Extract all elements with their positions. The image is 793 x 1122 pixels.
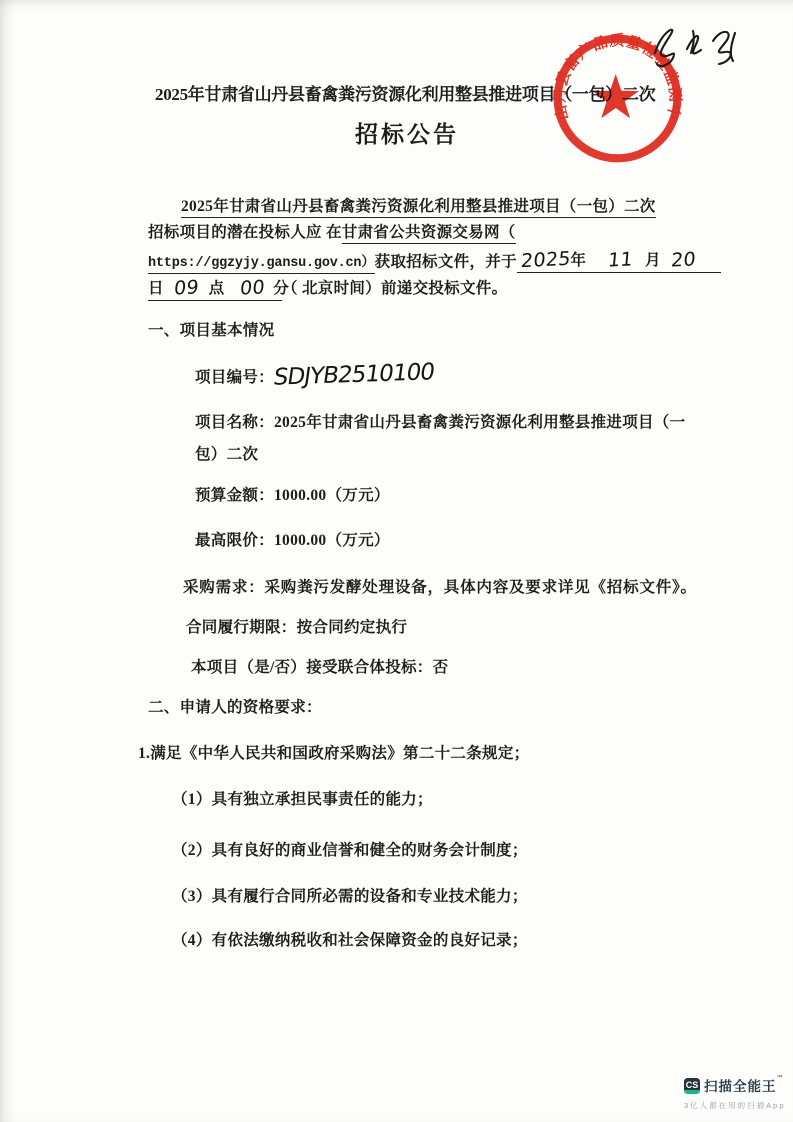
year-label: 年 [570,251,586,270]
qualification-item-4: （4）有依法缴纳税收和社会保障资金的良好记录； [172,931,528,950]
intro-project-name-underlined: 2025年甘肃省山丹县畜禽粪污资源化利用整县推进项目（一包）二次 [181,198,656,218]
handwritten-hour: 09 [173,279,200,299]
section2-heading: 二、申请人的资格要求： [148,698,322,717]
section1-heading: 一、项目基本情况 [148,321,274,340]
qualification-item-2: （2）具有良好的商业信誉和健全的财务会计制度； [172,841,528,860]
month-label: 月 [645,251,661,270]
qualification-rule: 1.满足《中华人民共和国政府采购法》第二十二条规定； [138,744,529,763]
handwritten-day: 20 [670,251,697,271]
contract-term: 合同履行期限：按合同约定执行 [186,618,407,637]
hour-label: 点 [209,279,225,298]
intro-trade-site-underlined: 甘肃省公共资源交易网（ [342,224,516,244]
intro-line-2: 招标项目的潜在投标人应 在甘肃省公共资源交易网（ [148,223,516,242]
max-price: 最高限价：1000.00（万元） [195,531,390,550]
camscanner-watermark: CS 扫描全能王™ 3亿人都在用的扫描App [684,1075,784,1111]
procurement-requirement: 采购需求：采购粪污发酵处理设备，具体内容及要求详见《招标文件》。 [183,578,697,597]
budget-amount: 预算金额：1000.00（万元） [195,486,390,505]
project-name-line1: 项目名称：2025年甘肃省山丹县畜禽粪污资源化利用整县推进项目（一 [195,413,685,432]
intro-line-4: 日09点00分（ 北京时间）前递交投标文件。 [148,279,507,301]
project-number-row: 项目编号：SDJYB2510100 [195,364,433,387]
project-number-label: 项目编号： [195,369,274,386]
consortium-bidding: 本项目（是/否）接受联合体投标：否 [191,658,448,677]
intro-line-1: 2025年甘肃省山丹县畜禽粪污资源化利用整县推进项目（一包）二次 [181,197,656,216]
qualification-item-1: （1）具有独立承担民事责任的能力； [172,790,433,809]
camscanner-logo-icon: CS [684,1078,700,1094]
day-label: 日 [148,279,164,298]
camscanner-brand: 扫描全能王 [704,1079,777,1094]
project-name-line2: 包）二次 [195,445,258,464]
intro-line4-tail: （ 北京时间）前递交投标文件。 [282,280,507,297]
camscanner-tagline: 3亿人都在用的扫描App [684,1100,784,1111]
scanned-document-page: 2025年甘肃省山丹县畜禽粪污资源化利用整县推进项目（一包）二次 招标公告 20… [0,0,793,1122]
seal-star-icon [592,74,639,118]
intro-line2-plain: 招标项目的潜在投标人应 在 [148,224,342,241]
intro-line-3: https://ggzyjy.gansu.gov.cn）获取招标文件，并于202… [148,251,721,273]
handwritten-project-number: SDJYB2510100 [272,361,435,390]
qualification-item-3: （3）具有履行合同所必需的设备和专业技术能力； [172,887,528,906]
deadline-time-blank: 日09点00分 [148,279,282,301]
deadline-date-blank: 2025年11月20 [517,251,721,273]
trademark-symbol: ™ [777,1075,783,1081]
intro-line3-plain: 获取招标文件，并于 [375,253,517,270]
handwritten-minute: 00 [239,279,266,299]
trade-site-url: https://ggzyjy.gansu.gov.cn） [148,256,375,274]
document-subtitle: 招标公告 [355,121,459,150]
handwritten-month: 11 [607,251,634,271]
signature-handwriting [648,18,744,74]
handwritten-year: 2025 [520,250,572,272]
